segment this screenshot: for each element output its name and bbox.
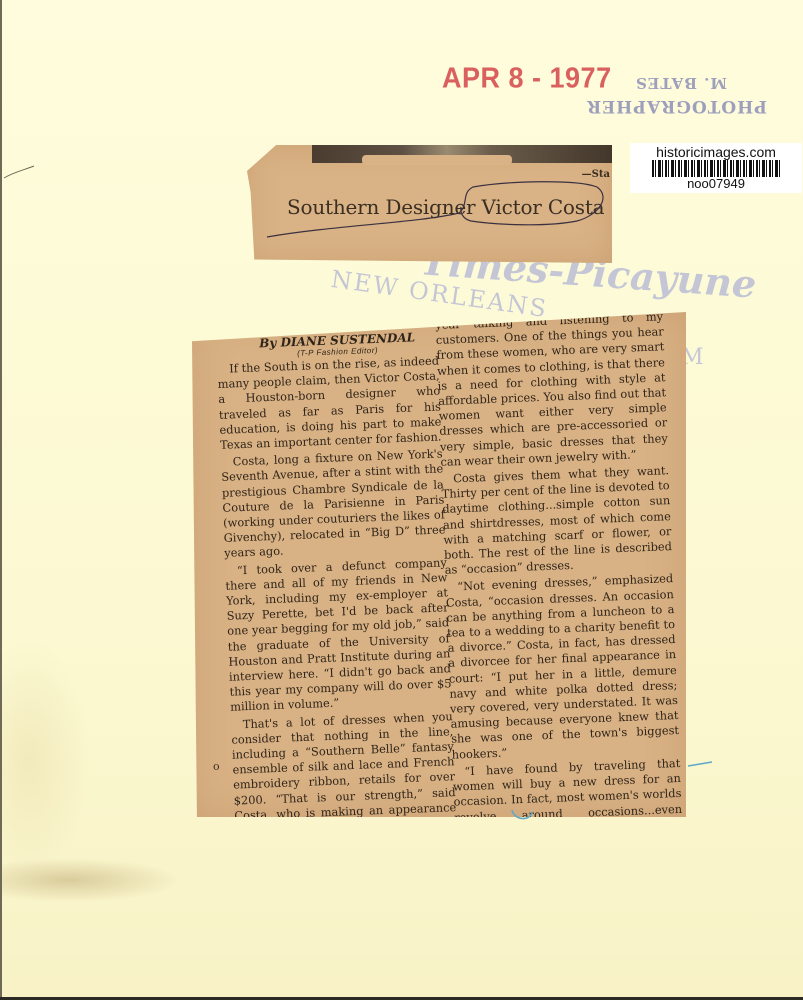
- barcode-icon: [652, 160, 780, 177]
- article-paragraph: “I have found by traveling that women wi…: [452, 756, 683, 856]
- date-stamp: APR 8 - 1977: [442, 62, 612, 95]
- article-paragraph: Costa gives them what they want. Thirty …: [441, 463, 673, 578]
- article-paragraph: “I took over a defunct company there and…: [225, 555, 453, 715]
- watermark-site: historicimages.com: [630, 144, 802, 160]
- page-edge-left: [0, 0, 2, 1000]
- headline-clipping: —Sta Southern Designer Victor Costa: [247, 145, 612, 263]
- article-paragraph: year talking and listening to my custome…: [435, 309, 669, 470]
- watermark-code: noo07949: [630, 177, 802, 191]
- photo-credit: —Sta: [582, 169, 610, 180]
- newspaper-stamp-city: NEW ORLEANS: [329, 265, 550, 323]
- archive-photo-back: APR 8 - 1977 PHOTOGRAPHER M. BATES histo…: [0, 0, 803, 1000]
- article-paragraph: That's a lot of dresses when you conside…: [231, 709, 459, 869]
- photographer-stamp-name: M. BATES: [635, 74, 727, 92]
- watermark-label: historicimages.com noo07949: [630, 143, 802, 193]
- margin-mark: o: [213, 760, 220, 773]
- article-paragraph: If the South is on the rise, as indeed m…: [217, 353, 442, 453]
- article-column-right: year talking and listening to my custome…: [435, 309, 684, 857]
- article-paragraph: “Not evening dresses,” emphasized Costa,…: [445, 572, 680, 763]
- photographer-stamp: PHOTOGRAPHER M. BATES: [612, 68, 767, 116]
- article-clipping: By DIANE SUSTENDAL (T-P Fashion Editor) …: [192, 312, 686, 817]
- article-paragraph: Costa, long a fixture on New York's Seve…: [220, 447, 446, 562]
- headline: Southern Designer Victor Costa: [287, 195, 604, 219]
- photo-fragment-gap: [362, 155, 512, 165]
- photographer-stamp-title: PHOTOGRAPHER: [586, 96, 767, 116]
- article-column-left: By DIANE SUSTENDAL (T-P Fashion Editor) …: [216, 329, 458, 871]
